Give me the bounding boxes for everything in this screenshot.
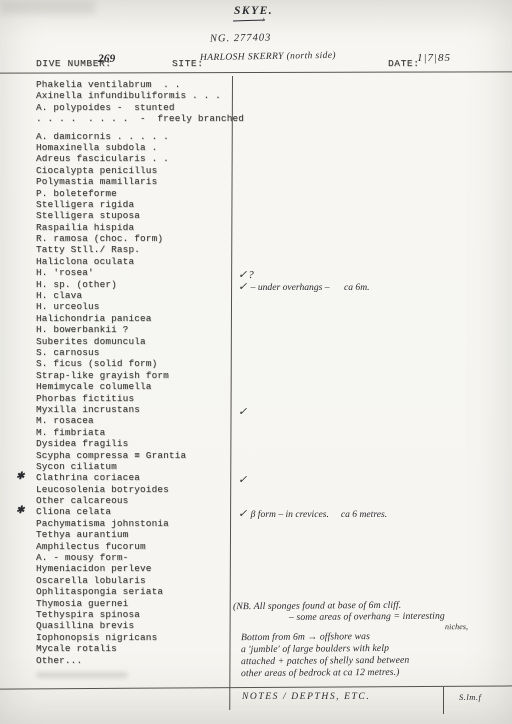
species-row: Ophlitaspongia seriata	[0, 586, 512, 597]
species-name: Other...	[36, 655, 82, 666]
species-row: H. sp. (other)✓ – under overhangs – ca 6…	[0, 279, 512, 290]
species-row: P. boleteforme	[0, 188, 512, 199]
species-name: Adreus fascicularis . .	[36, 153, 169, 164]
species-row: Phakelia ventilabrum . .	[0, 79, 512, 90]
species-name: Myxilla incrustans	[36, 404, 140, 415]
species-name: S. ficus (solid form)	[36, 358, 157, 369]
species-name: . . . . . . . . - freely branched	[36, 113, 244, 124]
species-name: Haliclona oculata	[36, 256, 134, 267]
species-name: Quasillina brevis	[36, 620, 134, 631]
species-name: A. - mousy form-	[36, 552, 128, 563]
species-row: Halichondria panicea	[0, 313, 512, 324]
species-name: M. rosacea	[36, 415, 94, 426]
species-row: Adreus fascicularis . .	[0, 153, 512, 164]
species-name: Dysidea fragilis	[36, 438, 128, 449]
grid-reference: NG. 277403	[210, 32, 272, 44]
species-name: Clathrina coriacea	[36, 472, 140, 483]
site-label: SITE:	[172, 58, 204, 69]
species-row: H. clava	[0, 290, 512, 301]
species-name: Other calcareous	[36, 495, 128, 506]
species-name: M. fimbriata	[36, 427, 105, 438]
date-value: 1|7|85	[417, 52, 451, 64]
species-row: Homaxinella subdola .	[0, 142, 512, 153]
species-name: Strap-like grayish form	[36, 370, 169, 381]
species-row: A. polypoides - stunted	[0, 102, 512, 113]
species-row: Myxilla incrustans✓	[0, 404, 512, 415]
title-underline	[233, 19, 265, 21]
species-name: H. clava	[36, 290, 82, 301]
species-name: Ciocalypta penicillus	[36, 165, 157, 176]
species-row: Strap-like grayish form	[0, 370, 512, 381]
species-row: Suberites domuncula	[0, 336, 512, 347]
species-row: Dysidea fragilis	[0, 438, 512, 449]
species-name: Thymosia guernei	[36, 598, 128, 609]
species-row: Oscarella lobularis	[0, 575, 512, 586]
species-row: H. bowerbankii ?	[0, 324, 512, 335]
species-row: Sycon ciliatum	[0, 461, 512, 472]
species-name: Tethya aurantium	[36, 529, 128, 540]
species-name: Ophlitaspongia seriata	[36, 586, 163, 597]
species-name: Leucosolenia botryoides	[36, 484, 169, 495]
species-row: A. - mousy form-	[0, 552, 512, 563]
species-name: Sycon ciliatum	[36, 461, 117, 472]
footer-separator-line	[443, 687, 444, 714]
species-row: Ciocalypta penicillus	[0, 165, 512, 176]
species-name: Oscarella lobularis	[36, 575, 146, 586]
species-name: H. 'rosea'	[36, 267, 94, 278]
species-row: ✱Clathrina coriacea✓	[0, 472, 512, 483]
species-name: A. polypoides - stunted	[36, 102, 175, 113]
species-name: Stelligera stuposa	[36, 210, 140, 221]
footer-rule-line	[0, 685, 512, 689]
species-row: Axinella infundibuliformis . . .	[0, 90, 512, 101]
species-name: Iophonopsis nigricans	[36, 632, 157, 643]
species-name: Raspailia hispida	[36, 222, 134, 233]
species-name: S. carnosus	[36, 347, 100, 358]
recorder-initials: S.lm.f	[459, 692, 481, 702]
species-row: Hemimycale columella	[0, 381, 512, 392]
species-row: Stelligera stuposa	[0, 210, 512, 221]
margin-asterisk-icon: ✱	[16, 505, 24, 516]
species-name: Cliona celata	[36, 506, 111, 517]
species-name: Homaxinella subdola .	[36, 142, 157, 153]
species-row: M. rosacea	[0, 415, 512, 426]
species-name: Amphilectus fucorum	[36, 541, 146, 552]
species-row: S. ficus (solid form)	[0, 358, 512, 369]
scanned-survey-sheet: SKYE. › NG. 277403 DIVE NUMBER: 269 SITE…	[0, 0, 512, 724]
scan-smudge	[36, 672, 128, 678]
species-name: Halichondria panicea	[36, 313, 152, 324]
header-rule-line	[0, 71, 512, 73]
species-name: H. sp. (other)	[36, 279, 117, 290]
species-name: Suberites domuncula	[36, 336, 146, 347]
species-name: Scypha compressa ≡ Grantia	[36, 450, 186, 461]
species-row: Raspailia hispida	[0, 222, 512, 233]
species-row: S. carnosus	[0, 347, 512, 358]
species-row: Phorbas fictitius	[0, 393, 512, 404]
species-row: M. fimbriata	[0, 427, 512, 438]
species-name: H. urceolus	[36, 301, 100, 312]
date-label: DATE:	[388, 58, 420, 69]
species-row: . . . . . . . . - freely branched	[0, 113, 512, 124]
species-row: Haliclona oculata	[0, 256, 512, 267]
species-name: A. damicornis . . . . .	[36, 131, 169, 142]
species-row: R. ramosa (choc. form)	[0, 233, 512, 244]
species-row: Hymeniacidon perleve	[0, 563, 512, 574]
species-name: Hemimycale columella	[36, 381, 152, 392]
species-name: Axinella infundibuliformis . . .	[36, 90, 221, 101]
species-name: Phorbas fictitius	[36, 393, 134, 404]
page-title: SKYE.	[234, 5, 273, 17]
species-list: Phakelia ventilabrum . .Axinella infundi…	[0, 79, 512, 666]
species-name: H. bowerbankii ?	[36, 324, 128, 335]
species-name: Mycale rotalis	[36, 643, 117, 654]
dive-number-value: 269	[98, 53, 115, 65]
species-name: Tethyspira spinosa	[36, 609, 140, 620]
species-name: Stelligera rigida	[36, 199, 134, 210]
notes-block: (NB. All sponges found at base of 6m cli…	[233, 600, 511, 680]
species-row: H. urceolus	[0, 301, 512, 312]
margin-asterisk-icon: ✱	[16, 471, 24, 482]
underline-arrow-icon: ›	[262, 14, 265, 24]
species-row: Polymastia mamillaris	[0, 176, 512, 187]
species-row: Scypha compressa ≡ Grantia	[0, 450, 512, 461]
site-value: HARLOSH SKERRY (north side)	[200, 51, 336, 63]
species-name: Phakelia ventilabrum . .	[36, 79, 180, 90]
species-row: Amphilectus fucorum	[0, 541, 512, 552]
species-row: A. damicornis . . . . .	[0, 131, 512, 142]
species-name: Pachymatisma johnstonia	[36, 518, 169, 529]
species-row: Stelligera rigida	[0, 199, 512, 210]
species-name: P. boleteforme	[36, 188, 117, 199]
species-row: Pachymatisma johnstonia	[0, 518, 512, 529]
species-name: R. ramosa (choc. form)	[36, 233, 163, 244]
scan-shading	[0, 0, 95, 14]
species-row: ✱Cliona celata✓ β form – in crevices. ca…	[0, 506, 512, 517]
species-row: Leucosolenia botryoides	[0, 484, 512, 495]
note-line: other areas of bedrock at ca 12 metres.)	[241, 666, 511, 681]
species-name: Hymeniacidon perleve	[36, 563, 152, 574]
notes-depths-label: NOTES / DEPTHS, ETC.	[242, 692, 370, 702]
species-row: Tethya aurantium	[0, 529, 512, 540]
species-name: Tatty Stll./ Rasp.	[36, 244, 140, 255]
species-row: Tatty Stll./ Rasp.	[0, 244, 512, 255]
note-line: – some areas of overhang = interesting	[289, 611, 511, 623]
species-name: Polymastia mamillaris	[36, 176, 157, 187]
